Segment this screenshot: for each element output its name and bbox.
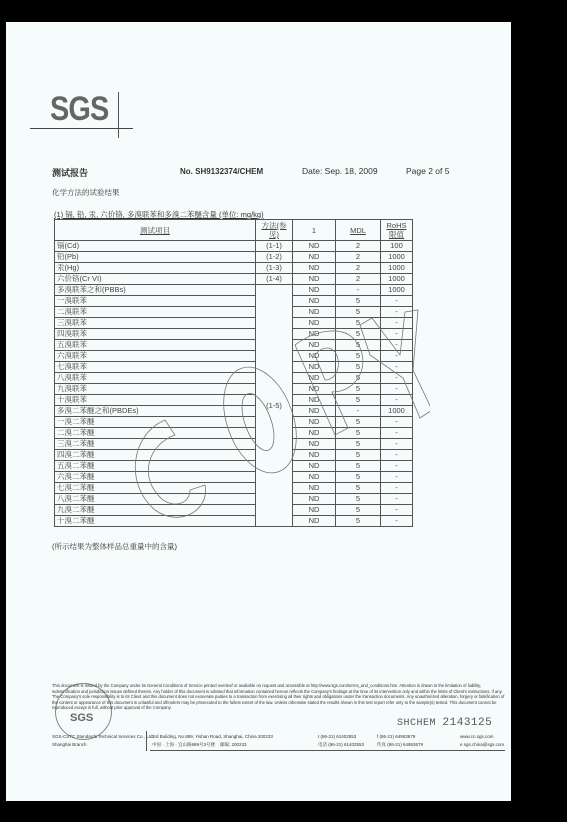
- serial-number: SHCHEM 2143125: [397, 717, 492, 729]
- table-row: 三溴联苯ND5-: [55, 318, 413, 329]
- company-name: SGS-CSTC Standards Technical Services Co…: [52, 733, 154, 749]
- cell-mdl: 5: [336, 373, 381, 384]
- website[interactable]: www.cn.sgs.com: [460, 733, 504, 741]
- table-row: 六溴联苯ND5-: [55, 351, 413, 362]
- table-row: 八溴联苯ND5-: [55, 373, 413, 384]
- cell-mdl: 5: [336, 417, 381, 428]
- cell-result: ND: [293, 483, 336, 494]
- logo-vertical-rule: [118, 92, 119, 138]
- table-row: 一溴联苯ND5-: [55, 296, 413, 307]
- cell-result: ND: [293, 274, 336, 285]
- cell-rohs-limit: -: [381, 461, 413, 472]
- cell-mdl: 5: [336, 362, 381, 373]
- cell-result: ND: [293, 296, 336, 307]
- cell-rohs-limit: 1000: [381, 274, 413, 285]
- table-row: 四溴二苯醚ND5-: [55, 450, 413, 461]
- cell-mdl: 5: [336, 450, 381, 461]
- table-row: 多溴二苯醚之和(PBDEs)ND-1000: [55, 406, 413, 417]
- cell-rohs-limit: 1000: [381, 285, 413, 296]
- address-cn: 中国 · 上海 · 宜山路889号3号楼 邮编: 200233: [152, 741, 273, 749]
- cell-mdl: 5: [336, 483, 381, 494]
- cell-item: 六溴联苯: [55, 351, 256, 362]
- company-seal-text: SGS: [70, 712, 93, 724]
- cell-rohs-limit: -: [381, 516, 413, 527]
- cell-rohs-limit: -: [381, 384, 413, 395]
- cell-rohs-limit: 1000: [381, 252, 413, 263]
- cell-mdl: 5: [336, 395, 381, 406]
- report-title: 测试报告: [52, 166, 88, 179]
- cell-rohs-limit: -: [381, 439, 413, 450]
- address-en: 3rd Building, No.889, Yishan Road, Shang…: [152, 733, 273, 741]
- cell-item: 八溴联苯: [55, 373, 256, 384]
- cell-rohs-limit: -: [381, 296, 413, 307]
- cell-rohs-limit: -: [381, 505, 413, 516]
- cell-mdl: 5: [336, 351, 381, 362]
- cell-method: (1-3): [256, 263, 293, 274]
- cell-mdl: 5: [336, 428, 381, 439]
- cell-mdl: 5: [336, 494, 381, 505]
- contact-web: www.cn.sgs.com e sgs.china@sgs.com: [460, 733, 504, 749]
- table-row: 多溴联苯之和(PBBs)(1-5)ND-1000: [55, 285, 413, 296]
- header-sample: 1: [293, 220, 336, 241]
- table-row: 五溴联苯ND5-: [55, 340, 413, 351]
- table-row: 二溴联苯ND5-: [55, 307, 413, 318]
- table-row: 三溴二苯醚ND5-: [55, 439, 413, 450]
- cell-item: 八溴二苯醚: [55, 494, 256, 505]
- cell-mdl: 5: [336, 329, 381, 340]
- contact-fax: f (86-21) 64953679 传真 (86-21) 64953679: [377, 733, 423, 749]
- cell-rohs-limit: -: [381, 472, 413, 483]
- cell-mdl: 5: [336, 505, 381, 516]
- address-cn-text: 中国 · 上海 · 宜山路889号3号楼: [152, 742, 215, 747]
- page-number: Page 2 of 5: [406, 166, 449, 176]
- cell-item: 六溴二苯醚: [55, 472, 256, 483]
- cell-item: 多溴二苯醚之和(PBDEs): [55, 406, 256, 417]
- table-row: 十溴联苯ND5-: [55, 395, 413, 406]
- table-row: 四溴联苯ND5-: [55, 329, 413, 340]
- cell-mdl: 5: [336, 318, 381, 329]
- cell-mdl: 2: [336, 263, 381, 274]
- cell-result: ND: [293, 285, 336, 296]
- fax-cn: 传真 (86-21) 64953679: [377, 741, 423, 749]
- cell-rohs-limit: 100: [381, 241, 413, 252]
- table-row: 汞(Hg)(1-3)ND21000: [55, 263, 413, 274]
- telephone-cn: 电话 (86-21) 61402553: [318, 741, 364, 749]
- cell-rohs-limit: -: [381, 428, 413, 439]
- cell-mdl: -: [336, 406, 381, 417]
- cell-mdl: 2: [336, 241, 381, 252]
- table-row: 八溴二苯醚ND5-: [55, 494, 413, 505]
- table-row: 九溴二苯醚ND5-: [55, 505, 413, 516]
- cell-result: ND: [293, 516, 336, 527]
- cell-item: 六价铬(Cr VI): [55, 274, 256, 285]
- table-row: 九溴联苯ND5-: [55, 384, 413, 395]
- cell-result: ND: [293, 241, 336, 252]
- cell-result: ND: [293, 472, 336, 483]
- cell-item: 三溴二苯醚: [55, 439, 256, 450]
- header-mdl: MDL: [336, 220, 381, 241]
- legal-disclaimer: This document is issued by the Company u…: [52, 683, 507, 711]
- email[interactable]: e sgs.china@sgs.com: [460, 741, 504, 749]
- cell-method-spanned: (1-5): [256, 285, 293, 527]
- cell-method: (1-2): [256, 252, 293, 263]
- table-row: 五溴二苯醚ND5-: [55, 461, 413, 472]
- cell-result: ND: [293, 340, 336, 351]
- header-method: 方法(参见): [256, 220, 293, 241]
- cell-item: 铅(Pb): [55, 252, 256, 263]
- cell-item: 一溴二苯醚: [55, 417, 256, 428]
- cell-result: ND: [293, 307, 336, 318]
- table-row: 六价铬(Cr VI)(1-4)ND21000: [55, 274, 413, 285]
- cell-rohs-limit: -: [381, 417, 413, 428]
- company-name-en: SGS-CSTC Standards Technical Services Co…: [52, 733, 154, 741]
- cell-item: 二溴联苯: [55, 307, 256, 318]
- results-table: 测试项目 方法(参见) 1 MDL RoHS限值 镉(Cd)(1-1)ND210…: [54, 219, 413, 527]
- cell-item: 三溴联苯: [55, 318, 256, 329]
- table-row: 二溴二苯醚ND5-: [55, 428, 413, 439]
- cell-result: ND: [293, 263, 336, 274]
- cell-result: ND: [293, 417, 336, 428]
- cell-method: (1-1): [256, 241, 293, 252]
- cell-item: 七溴联苯: [55, 362, 256, 373]
- cell-item: 多溴联苯之和(PBBs): [55, 285, 256, 296]
- cell-item: 汞(Hg): [55, 263, 256, 274]
- postcode: 邮编: 200233: [220, 742, 247, 747]
- table-row: 十溴二苯醚ND5-: [55, 516, 413, 527]
- cell-item: 二溴二苯醚: [55, 428, 256, 439]
- cell-item: 十溴联苯: [55, 395, 256, 406]
- cell-result: ND: [293, 318, 336, 329]
- cell-rohs-limit: -: [381, 483, 413, 494]
- cell-result: ND: [293, 505, 336, 516]
- cell-mdl: 5: [336, 340, 381, 351]
- report-date: Date: Sep. 18, 2009: [302, 166, 378, 176]
- cell-result: ND: [293, 373, 336, 384]
- cell-rohs-limit: 1000: [381, 406, 413, 417]
- cell-item: 镉(Cd): [55, 241, 256, 252]
- table-row: 七溴二苯醚ND5-: [55, 483, 413, 494]
- cell-item: 十溴二苯醚: [55, 516, 256, 527]
- cell-rohs-limit: -: [381, 450, 413, 461]
- cell-mdl: -: [336, 285, 381, 296]
- telephone-en: t (86-21) 61402553: [318, 733, 364, 741]
- table-row: 七溴联苯ND5-: [55, 362, 413, 373]
- header-item: 测试项目: [55, 220, 256, 241]
- cell-result: ND: [293, 252, 336, 263]
- table-note: (所示结果为整体样品总重量中的含量): [52, 541, 177, 552]
- cell-rohs-limit: -: [381, 307, 413, 318]
- cell-item: 五溴联苯: [55, 340, 256, 351]
- cell-item: 七溴二苯醚: [55, 483, 256, 494]
- report-number: No. SH9132374/CHEM: [180, 167, 263, 176]
- cell-rohs-limit: -: [381, 318, 413, 329]
- cell-rohs-limit: -: [381, 340, 413, 351]
- cell-result: ND: [293, 461, 336, 472]
- cell-item: 四溴联苯: [55, 329, 256, 340]
- address-underline: [150, 750, 505, 751]
- cell-item: 九溴联苯: [55, 384, 256, 395]
- cell-mdl: 5: [336, 384, 381, 395]
- cell-mdl: 5: [336, 472, 381, 483]
- cell-rohs-limit: -: [381, 351, 413, 362]
- cell-result: ND: [293, 384, 336, 395]
- table-row: 六溴二苯醚ND5-: [55, 472, 413, 483]
- cell-result: ND: [293, 329, 336, 340]
- serial-digits: 2143125: [443, 717, 493, 729]
- cell-mdl: 5: [336, 307, 381, 318]
- cell-mdl: 5: [336, 516, 381, 527]
- cell-item: 九溴二苯醚: [55, 505, 256, 516]
- section-title: 化学方法的试验结果: [52, 187, 120, 198]
- company-address: 3rd Building, No.889, Yishan Road, Shang…: [152, 733, 273, 749]
- cell-mdl: 2: [336, 274, 381, 285]
- cell-result: ND: [293, 450, 336, 461]
- company-name-branch: Shanghai Branch: [52, 741, 154, 749]
- cell-result: ND: [293, 362, 336, 373]
- table-row: 一溴二苯醚ND5-: [55, 417, 413, 428]
- cell-result: ND: [293, 406, 336, 417]
- cell-rohs-limit: 1000: [381, 263, 413, 274]
- contact-phone: t (86-21) 61402553 电话 (86-21) 61402553: [318, 733, 364, 749]
- header-rohs-limit: RoHS限值: [381, 220, 413, 241]
- cell-mdl: 2: [336, 252, 381, 263]
- cell-mdl: 5: [336, 296, 381, 307]
- cell-result: ND: [293, 428, 336, 439]
- cell-result: ND: [293, 439, 336, 450]
- cell-item: 一溴联苯: [55, 296, 256, 307]
- cell-rohs-limit: -: [381, 329, 413, 340]
- cell-item: 五溴二苯醚: [55, 461, 256, 472]
- cell-mdl: 5: [336, 461, 381, 472]
- cell-rohs-limit: -: [381, 373, 413, 384]
- sgs-logo: SGS: [50, 90, 108, 129]
- cell-rohs-limit: -: [381, 362, 413, 373]
- table-row: 铅(Pb)(1-2)ND21000: [55, 252, 413, 263]
- cell-result: ND: [293, 395, 336, 406]
- cell-rohs-limit: -: [381, 395, 413, 406]
- table-header-row: 测试项目 方法(参见) 1 MDL RoHS限值: [55, 220, 413, 241]
- table-row: 镉(Cd)(1-1)ND2100: [55, 241, 413, 252]
- fax-en: f (86-21) 64953679: [377, 733, 423, 741]
- cell-mdl: 5: [336, 439, 381, 450]
- cell-method: (1-4): [256, 274, 293, 285]
- cell-item: 四溴二苯醚: [55, 450, 256, 461]
- serial-prefix: SHCHEM: [397, 718, 436, 729]
- cell-rohs-limit: -: [381, 494, 413, 505]
- cell-result: ND: [293, 494, 336, 505]
- cell-result: ND: [293, 351, 336, 362]
